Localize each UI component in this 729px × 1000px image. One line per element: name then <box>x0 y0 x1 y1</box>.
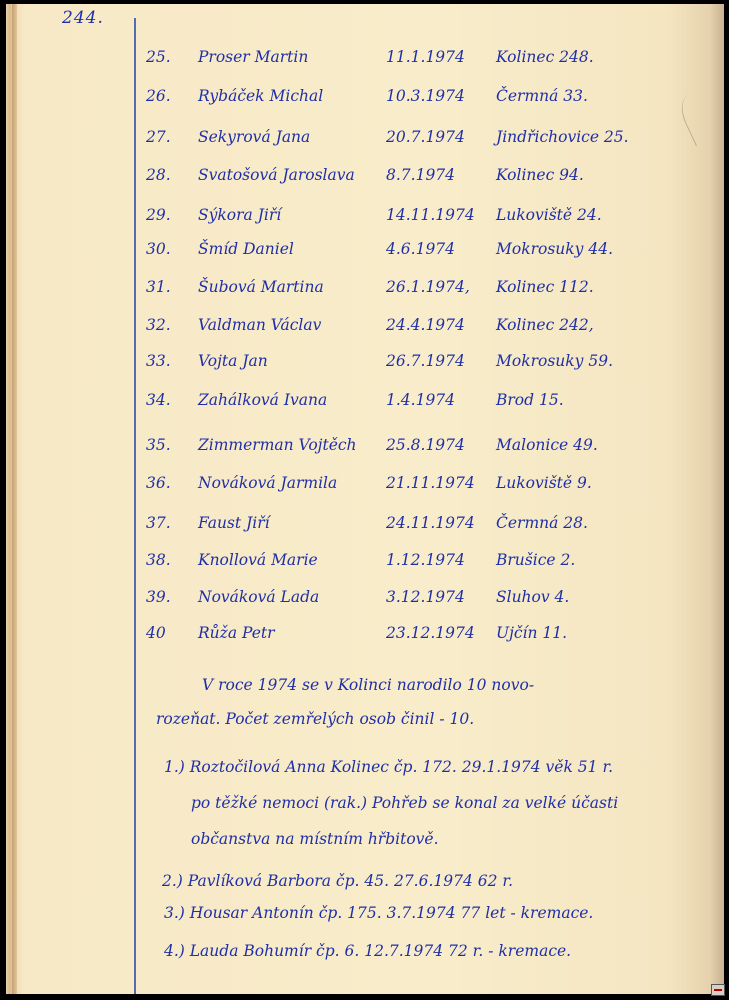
entry-place: Jindřichovice 25. <box>496 128 696 146</box>
entry-number: 30. <box>146 240 186 258</box>
entry-number: 32. <box>146 316 186 334</box>
entry-place: Mokrosuky 59. <box>496 352 696 370</box>
entry-place: Mokrosuky 44. <box>496 240 696 258</box>
death-entry-1-line-1: 1.) Roztočilová Anna Kolinec čp. 172. 29… <box>164 758 613 776</box>
scanned-page: 244. 25. Proser Martin 11.1.1974 Kolinec… <box>6 4 724 994</box>
entry-place: Ujčín 11. <box>496 624 696 642</box>
death-entry-3: 3.) Housar Antonín čp. 175. 3.7.1974 77 … <box>164 904 593 922</box>
entry-number: 31. <box>146 278 186 296</box>
entry-number: 28. <box>146 166 186 184</box>
entry-number: 38. <box>146 551 186 569</box>
entry-date: 3.12.1974 <box>386 588 506 606</box>
entry-number: 25. <box>146 48 186 66</box>
entry-number: 34. <box>146 391 186 409</box>
entry-date: 4.6.1974 <box>386 240 506 258</box>
entry-number: 33. <box>146 352 186 370</box>
entry-date: 11.1.1974 <box>386 48 506 66</box>
entry-place: Kolinec 94. <box>496 166 696 184</box>
entry-name: Sekyrová Jana <box>198 128 398 146</box>
entry-date: 21.11.1974 <box>386 474 506 492</box>
summary-line-2: rozeňat. Počet zemřelých osob činil - 10… <box>156 710 474 728</box>
entry-place: Sluhov 4. <box>496 588 696 606</box>
entry-name: Valdman Václav <box>198 316 398 334</box>
entry-number: 37. <box>146 514 186 532</box>
entry-date: 10.3.1974 <box>386 87 506 105</box>
entry-name: Nováková Jarmila <box>198 474 398 492</box>
book-binding-edge <box>12 4 17 994</box>
entry-date: 1.12.1974 <box>386 551 506 569</box>
entry-name: Faust Jiří <box>198 514 398 532</box>
death-entry-1-line-2: po těžké nemoci (rak.) Pohřeb se konal z… <box>191 794 618 812</box>
entry-name: Zahálková Ivana <box>198 391 398 409</box>
entry-date: 26.1.1974, <box>386 278 506 296</box>
entry-name: Šubová Martina <box>198 278 398 296</box>
entry-date: 14.11.1974 <box>386 206 506 224</box>
entry-date: 26.7.1974 <box>386 352 506 370</box>
entry-name: Nováková Lada <box>198 588 398 606</box>
entry-date: 24.11.1974 <box>386 514 506 532</box>
entry-number: 35. <box>146 436 186 454</box>
entry-place: Čermná 33. <box>496 87 696 105</box>
entry-number: 39. <box>146 588 186 606</box>
entry-name: Svatošová Jaroslava <box>198 166 398 184</box>
minimize-icon[interactable] <box>711 984 725 996</box>
entry-number: 29. <box>146 206 186 224</box>
death-entry-1-line-3: občanstva na místním hřbitově. <box>191 830 439 848</box>
entry-name: Rybáček Michal <box>198 87 398 105</box>
entry-place: Lukoviště 24. <box>496 206 696 224</box>
summary-line-1: V roce 1974 se v Kolinci narodilo 10 nov… <box>202 676 534 694</box>
entry-name: Vojta Jan <box>198 352 398 370</box>
entry-name: Knollová Marie <box>198 551 398 569</box>
entry-date: 20.7.1974 <box>386 128 506 146</box>
entry-number: 40 <box>146 624 186 642</box>
entry-date: 1.4.1974 <box>386 391 506 409</box>
entry-name: Sýkora Jiří <box>198 206 398 224</box>
entry-date: 23.12.1974 <box>386 624 506 642</box>
entry-date: 24.4.1974 <box>386 316 506 334</box>
entry-place: Brod 15. <box>496 391 696 409</box>
entry-number: 36. <box>146 474 186 492</box>
entry-place: Kolinec 242, <box>496 316 696 334</box>
death-entry-4: 4.) Lauda Bohumír čp. 6. 12.7.1974 72 r.… <box>164 942 571 960</box>
entry-place: Čermná 28. <box>496 514 696 532</box>
entry-date: 8.7.1974 <box>386 166 506 184</box>
entry-place: Malonice 49. <box>496 436 696 454</box>
entry-name: Růža Petr <box>198 624 398 642</box>
entry-place: Lukoviště 9. <box>496 474 696 492</box>
margin-line <box>134 18 136 994</box>
entry-place: Brušice 2. <box>496 551 696 569</box>
entry-name: Zimmerman Vojtěch <box>198 436 398 454</box>
entry-place: Kolinec 248. <box>496 48 696 66</box>
entry-date: 25.8.1974 <box>386 436 506 454</box>
entry-number: 26. <box>146 87 186 105</box>
page-number: 244. <box>62 8 104 28</box>
entry-name: Šmíd Daniel <box>198 240 398 258</box>
entry-name: Proser Martin <box>198 48 398 66</box>
entry-number: 27. <box>146 128 186 146</box>
entry-place: Kolinec 112. <box>496 278 696 296</box>
death-entry-2: 2.) Pavlíková Barbora čp. 45. 27.6.1974 … <box>162 872 513 890</box>
